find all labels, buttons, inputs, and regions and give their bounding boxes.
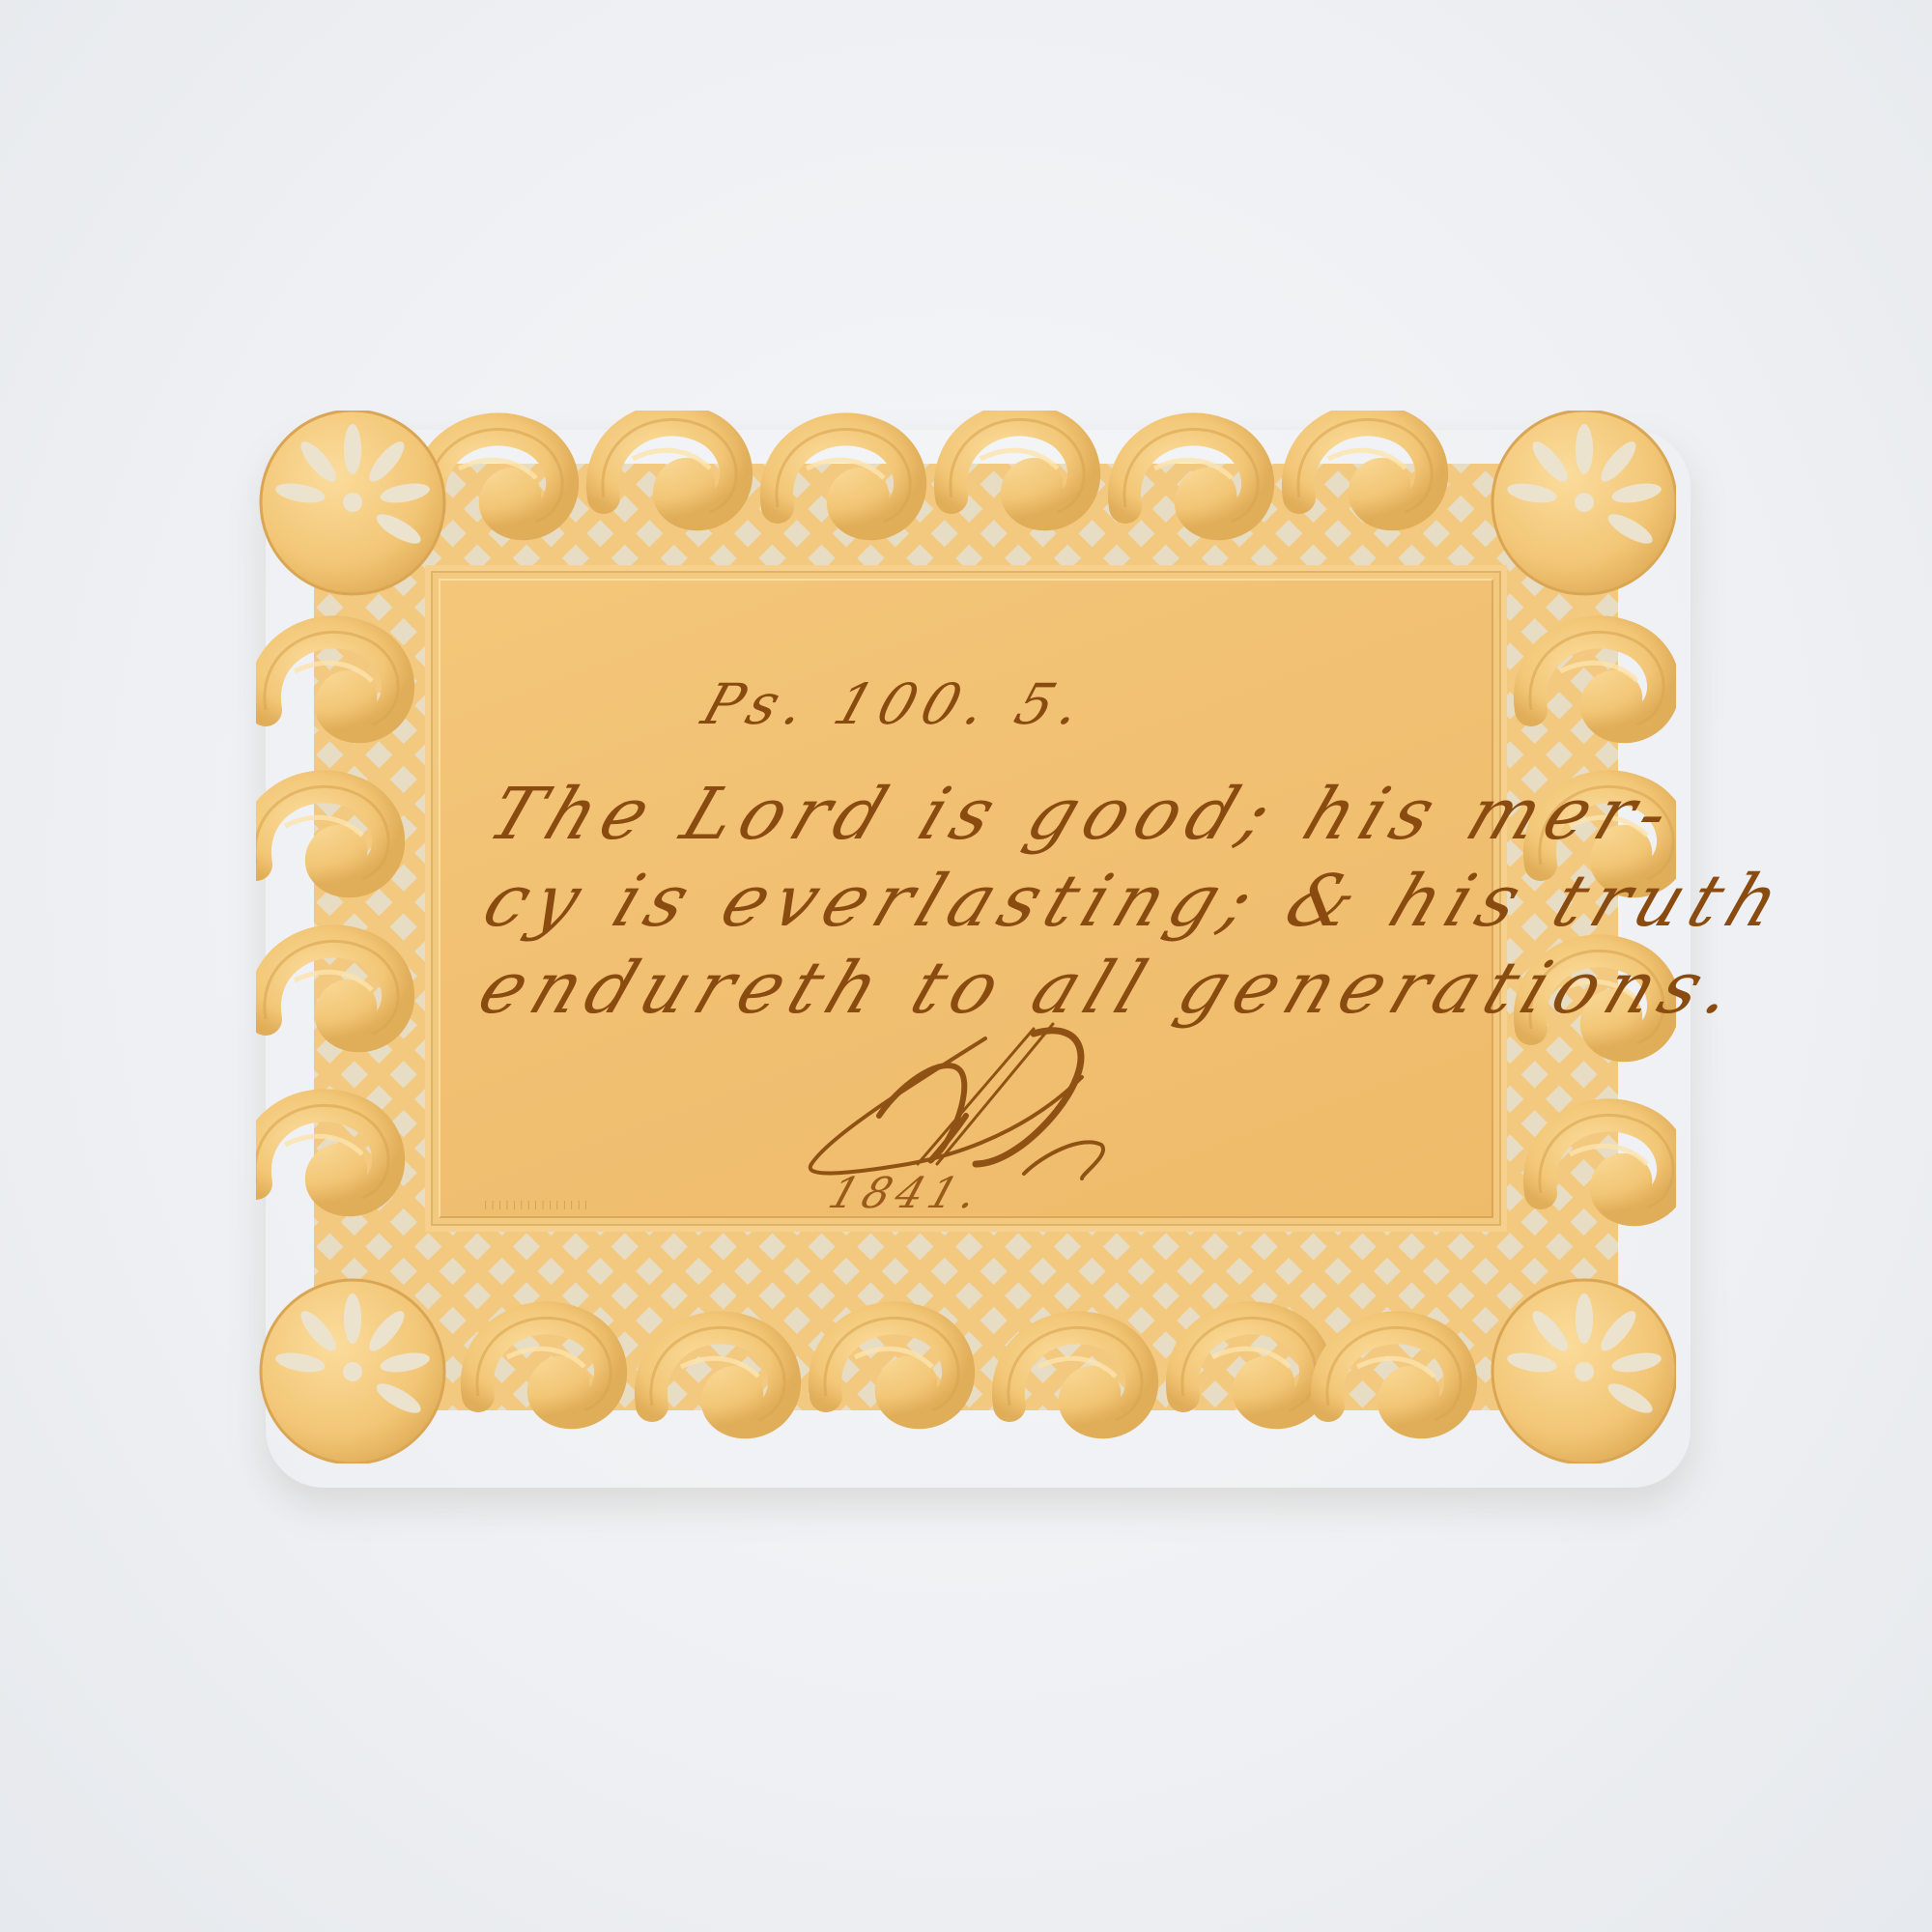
lace-paper-card: ||||||||||||||| Ps. 100. 5. The Lord is … (256, 411, 1676, 1463)
inscription-line-3: endureth to all generations. (468, 947, 1754, 1030)
date: 1841. (823, 1169, 990, 1218)
inscription-line-1: The Lord is good; his mer- (477, 773, 1689, 856)
monogram-signature (792, 1019, 1140, 1183)
maker-mark: ||||||||||||||| (483, 1201, 590, 1210)
writing-panel: ||||||||||||||| Ps. 100. 5. The Lord is … (425, 565, 1507, 1232)
scripture-reference: Ps. 100. 5. (695, 671, 1097, 737)
photograph: ||||||||||||||| Ps. 100. 5. The Lord is … (0, 0, 1932, 1932)
inscription-line-2: cy is everlasting; & his truth (472, 860, 1799, 943)
